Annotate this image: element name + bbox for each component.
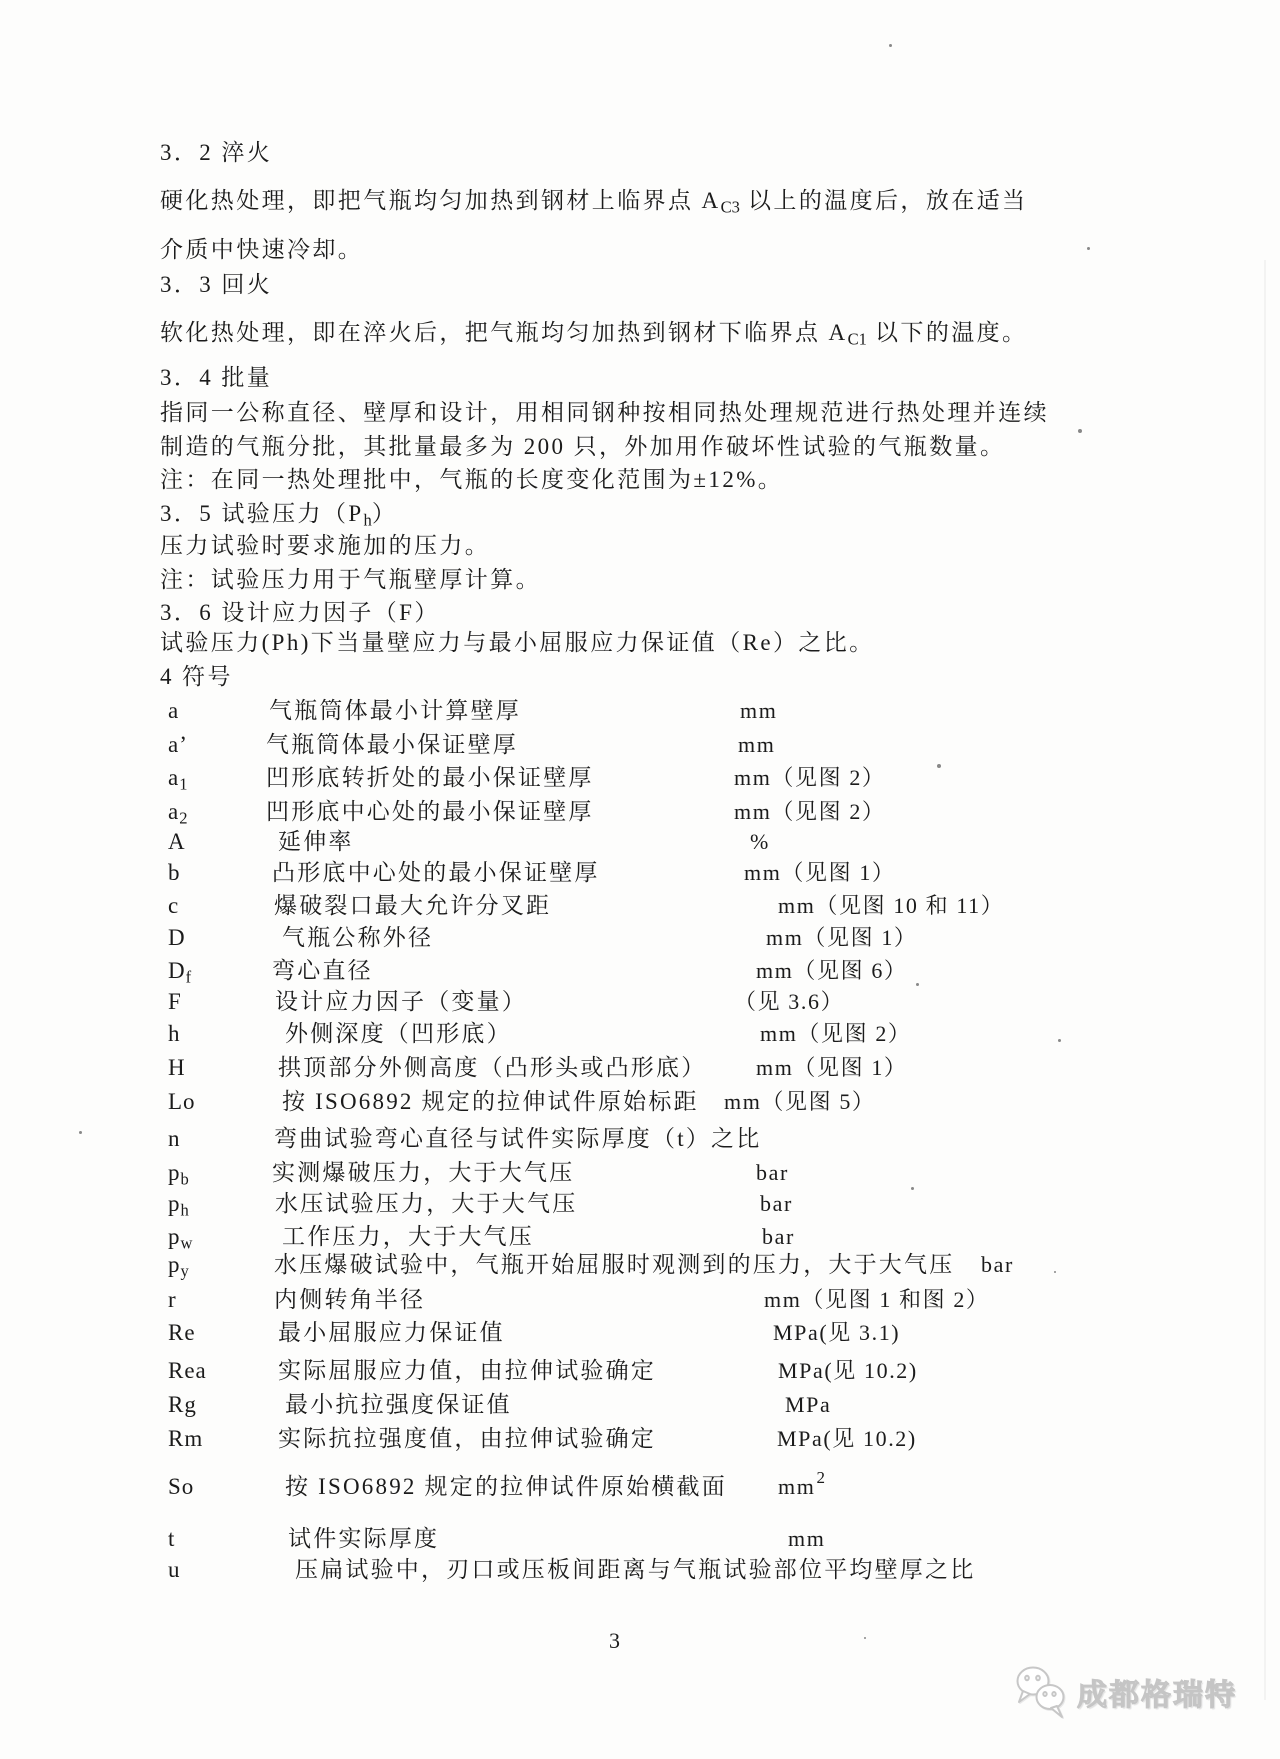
heading-text: ） (372, 501, 397, 526)
scan-speck (864, 1637, 866, 1639)
symbol-description: 按 ISO6892 规定的拉伸试件原始横截面 (285, 1473, 727, 1501)
paragraph-batch-1: 指同一公称直径、壁厚和设计，用相同钢种按相同热处理规范进行热处理并连续 (160, 399, 1049, 427)
heading-text: 3．5 试验压力（P (160, 501, 364, 526)
symbol-description: 最小抗拉强度保证值 (285, 1391, 512, 1419)
symbol-description: 拱顶部分外侧高度（凸形头或凸形底） (278, 1054, 706, 1082)
symbol-label: a1 (168, 764, 188, 792)
symbol-unit: bar (981, 1251, 1014, 1279)
subscript-ph: h (364, 511, 372, 530)
symbol-row: F设计应力因子（变量）（见 3.6） (0, 988, 1280, 1020)
symbol-unit: mm（见图 2） (734, 798, 886, 826)
symbol-label: pb (168, 1159, 189, 1187)
symbol-label: c (168, 892, 179, 920)
symbol-row: So按 ISO6892 规定的拉伸试件原始横截面mm2 (0, 1473, 1280, 1505)
symbol-row: ph水压试验压力，大于大气压bar (0, 1190, 1280, 1222)
symbol-description: 凸形底中心处的最小保证壁厚 (272, 859, 600, 887)
symbol-unit: mm（见图 2） (734, 764, 886, 792)
symbol-row: Df弯心直径mm（见图 6） (0, 957, 1280, 989)
symbol-unit: bar (756, 1159, 789, 1187)
symbol-description: 设计应力因子（变量） (275, 988, 527, 1016)
symbol-unit: MPa(见 10.2) (777, 1425, 917, 1453)
watermark-text: 成都格瑞特 (1077, 1670, 1237, 1714)
symbol-unit: MPa(见 3.1) (773, 1319, 900, 1347)
paragraph-text: 硬化热处理，即把气瓶均匀加热到钢材上临界点 A (160, 188, 721, 213)
page-number: 3 (609, 1628, 620, 1654)
symbol-unit: MPa (785, 1391, 831, 1419)
symbol-description: 水压爆破试验中，气瓶开始屈服时观测到的压力，大于大气压 (274, 1251, 954, 1279)
paragraph-stress-factor: 试验压力(Ph)下当量壁应力与最小屈服应力保证值（Re）之比。 (160, 629, 875, 657)
note-batch: 注：在同一热处理批中，气瓶的长度变化范围为±12%。 (160, 466, 783, 494)
symbol-description: 试件实际厚度 (288, 1525, 439, 1553)
symbol-unit: mm (788, 1525, 825, 1553)
symbol-unit: mm（见图 6） (756, 957, 908, 985)
symbol-label: So (168, 1473, 194, 1501)
note-test-pressure: 注：试验压力用于气瓶壁厚计算。 (160, 566, 541, 594)
scan-speck (1054, 1271, 1056, 1273)
symbol-label: a (168, 697, 179, 725)
symbol-label: ph (168, 1190, 189, 1218)
symbol-unit: bar (762, 1223, 795, 1251)
symbol-unit: mm2 (778, 1473, 826, 1501)
paragraph-quenching: 硬化热处理，即把气瓶均匀加热到钢材上临界点 AC3 以上的温度后，放在适当 (160, 187, 1027, 215)
symbol-description: 延伸率 (278, 828, 354, 856)
section-heading-3-3: 3．3 回火 (160, 271, 272, 299)
symbol-label: t (168, 1525, 175, 1553)
symbol-description: 实际屈服应力值，由拉伸试验确定 (278, 1357, 656, 1385)
symbol-description: 内侧转角半径 (274, 1286, 425, 1314)
scan-speck (1087, 247, 1090, 250)
section-heading-3-2: 3．2 淬火 (160, 139, 272, 167)
symbol-description: 外侧深度（凹形底） (285, 1020, 512, 1048)
symbol-label: A (168, 828, 186, 856)
symbol-label: Rg (168, 1391, 197, 1419)
wechat-icon (1012, 1664, 1070, 1720)
symbol-row: u压扁试验中，刃口或压板间距离与气瓶试验部位平均壁厚之比 (0, 1556, 1280, 1588)
symbol-description: 实际抗拉强度值，由拉伸试验确定 (278, 1425, 656, 1453)
symbol-label: b (168, 859, 181, 887)
symbol-description: 凹形底中心处的最小保证壁厚 (266, 798, 594, 826)
symbol-description: 弯曲试验弯心直径与试件实际厚度（t）之比 (274, 1125, 761, 1153)
scan-speck (1078, 429, 1082, 433)
section-heading-4: 4 符号 (160, 663, 233, 691)
scan-speck (911, 1187, 914, 1190)
symbol-description: 凹形底转折处的最小保证壁厚 (266, 764, 594, 792)
symbol-row: Lo按 ISO6892 规定的拉伸试件原始标距mm（见图 5） (0, 1088, 1280, 1120)
symbol-unit: （见 3.6） (734, 988, 844, 1016)
symbol-description: 气瓶筒体最小计算壁厚 (269, 697, 521, 725)
symbol-row: b凸形底中心处的最小保证壁厚mm（见图 1） (0, 859, 1280, 891)
symbol-label: py (168, 1251, 189, 1279)
symbol-unit: MPa(见 10.2) (778, 1357, 918, 1385)
scan-speck (937, 764, 941, 768)
symbol-row: n弯曲试验弯心直径与试件实际厚度（t）之比 (0, 1125, 1280, 1157)
symbol-unit: mm（见图 10 和 11） (778, 892, 1004, 920)
scan-speck (916, 983, 919, 986)
symbol-row: a’气瓶筒体最小保证壁厚mm (0, 731, 1280, 763)
symbol-description: 气瓶公称外径 (282, 924, 433, 952)
symbol-label: a’ (168, 731, 188, 759)
symbol-label: a2 (168, 798, 188, 826)
paragraph-quenching-cont: 介质中快速冷却。 (160, 236, 363, 264)
symbol-label: Rea (168, 1357, 207, 1385)
symbol-row: A延伸率% (0, 828, 1280, 860)
symbol-description: 水压试验压力，大于大气压 (275, 1190, 577, 1218)
symbol-description: 压扁试验中，刃口或压板间距离与气瓶试验部位平均壁厚之比 (295, 1556, 975, 1584)
symbol-unit: % (750, 828, 770, 856)
symbol-row: H拱顶部分外侧高度（凸形头或凸形底）mm（见图 1） (0, 1054, 1280, 1086)
symbol-unit: mm (738, 731, 775, 759)
symbol-label: r (168, 1286, 177, 1314)
scan-speck (889, 44, 892, 47)
superscript-2: 2 (816, 1468, 826, 1487)
paragraph-text: 以上的温度后，放在适当 (740, 188, 1028, 213)
symbol-unit: mm（见图 5） (724, 1088, 876, 1116)
symbol-label: F (168, 988, 182, 1016)
symbol-label: Lo (168, 1088, 196, 1116)
symbol-row: Rm实际抗拉强度值，由拉伸试验确定MPa(见 10.2) (0, 1425, 1280, 1457)
symbol-description: 实测爆破压力，大于大气压 (272, 1159, 574, 1187)
symbol-description: 最小屈服应力保证值 (278, 1319, 505, 1347)
symbol-label: Df (168, 957, 191, 985)
symbol-row: D气瓶公称外径mm（见图 1） (0, 924, 1280, 956)
symbol-label: D (168, 924, 186, 952)
symbol-row: Rea实际屈服应力值，由拉伸试验确定MPa(见 10.2) (0, 1357, 1280, 1389)
symbol-description: 弯心直径 (272, 957, 373, 985)
symbol-row: pb实测爆破压力，大于大气压bar (0, 1159, 1280, 1191)
symbol-row: r内侧转角半径mm（见图 1 和图 2） (0, 1286, 1280, 1318)
symbol-label: Rm (168, 1425, 203, 1453)
symbol-description: 按 ISO6892 规定的拉伸试件原始标距 (282, 1088, 699, 1116)
symbol-unit: mm（见图 1 和图 2） (764, 1286, 990, 1314)
symbol-description: 气瓶筒体最小保证壁厚 (266, 731, 518, 759)
section-heading-3-5: 3．5 试验压力（Ph） (160, 500, 397, 528)
subscript-ac3: C3 (721, 198, 740, 217)
symbol-row: py水压爆破试验中，气瓶开始屈服时观测到的压力，大于大气压bar (0, 1251, 1280, 1283)
symbol-row: t试件实际厚度mm (0, 1525, 1280, 1557)
symbol-row: h外侧深度（凹形底）mm（见图 2） (0, 1020, 1280, 1052)
symbol-unit: mm（见图 2） (760, 1020, 912, 1048)
watermark: 成都格瑞特 (1012, 1664, 1237, 1720)
symbol-unit: mm（见图 1） (744, 859, 896, 887)
symbol-row: Re最小屈服应力保证值MPa(见 3.1) (0, 1319, 1280, 1351)
symbol-row: c爆破裂口最大允许分叉距mm（见图 10 和 11） (0, 892, 1280, 924)
symbol-unit: mm（见图 1） (756, 1054, 908, 1082)
symbol-label: u (168, 1556, 181, 1584)
section-heading-3-6: 3．6 设计应力因子（F） (160, 599, 440, 627)
symbol-unit: mm（见图 1） (766, 924, 918, 952)
section-heading-3-4: 3．4 批量 (160, 364, 272, 392)
symbol-row: a1凹形底转折处的最小保证壁厚mm（见图 2） (0, 764, 1280, 796)
symbol-row: Rg最小抗拉强度保证值MPa (0, 1391, 1280, 1423)
symbol-label: h (168, 1020, 181, 1048)
symbol-description: 工作压力，大于大气压 (282, 1223, 534, 1251)
paragraph-text: 软化热处理，即在淬火后，把气瓶均匀加热到钢材下临界点 A (160, 320, 848, 345)
symbol-row: a气瓶筒体最小计算壁厚mm (0, 697, 1280, 729)
paragraph-text: 以下的温度。 (867, 320, 1028, 345)
symbol-row: a2凹形底中心处的最小保证壁厚mm（见图 2） (0, 798, 1280, 830)
subscript-ac1: C1 (848, 330, 867, 349)
paragraph-tempering: 软化热处理，即在淬火后，把气瓶均匀加热到钢材下临界点 AC1 以下的温度。 (160, 319, 1027, 347)
paragraph-batch-2: 制造的气瓶分批，其批量最多为 200 只，外加用作破坏性试验的气瓶数量。 (160, 433, 1005, 461)
paragraph-test-pressure: 压力试验时要求施加的压力。 (160, 532, 490, 560)
symbol-label: n (168, 1125, 181, 1153)
symbol-description: 爆破裂口最大允许分叉距 (274, 892, 551, 920)
scan-edge-shadow (1264, 260, 1266, 1700)
symbol-label: Re (168, 1319, 196, 1347)
symbol-label: pw (168, 1223, 192, 1251)
symbol-unit: mm (740, 697, 777, 725)
symbol-label: H (168, 1054, 186, 1082)
scan-speck (79, 1131, 82, 1134)
symbol-unit: bar (760, 1190, 793, 1218)
document-page: 3．2 淬火 硬化热处理，即把气瓶均匀加热到钢材上临界点 AC3 以上的温度后，… (0, 0, 1280, 1759)
scan-speck (1058, 1039, 1061, 1042)
